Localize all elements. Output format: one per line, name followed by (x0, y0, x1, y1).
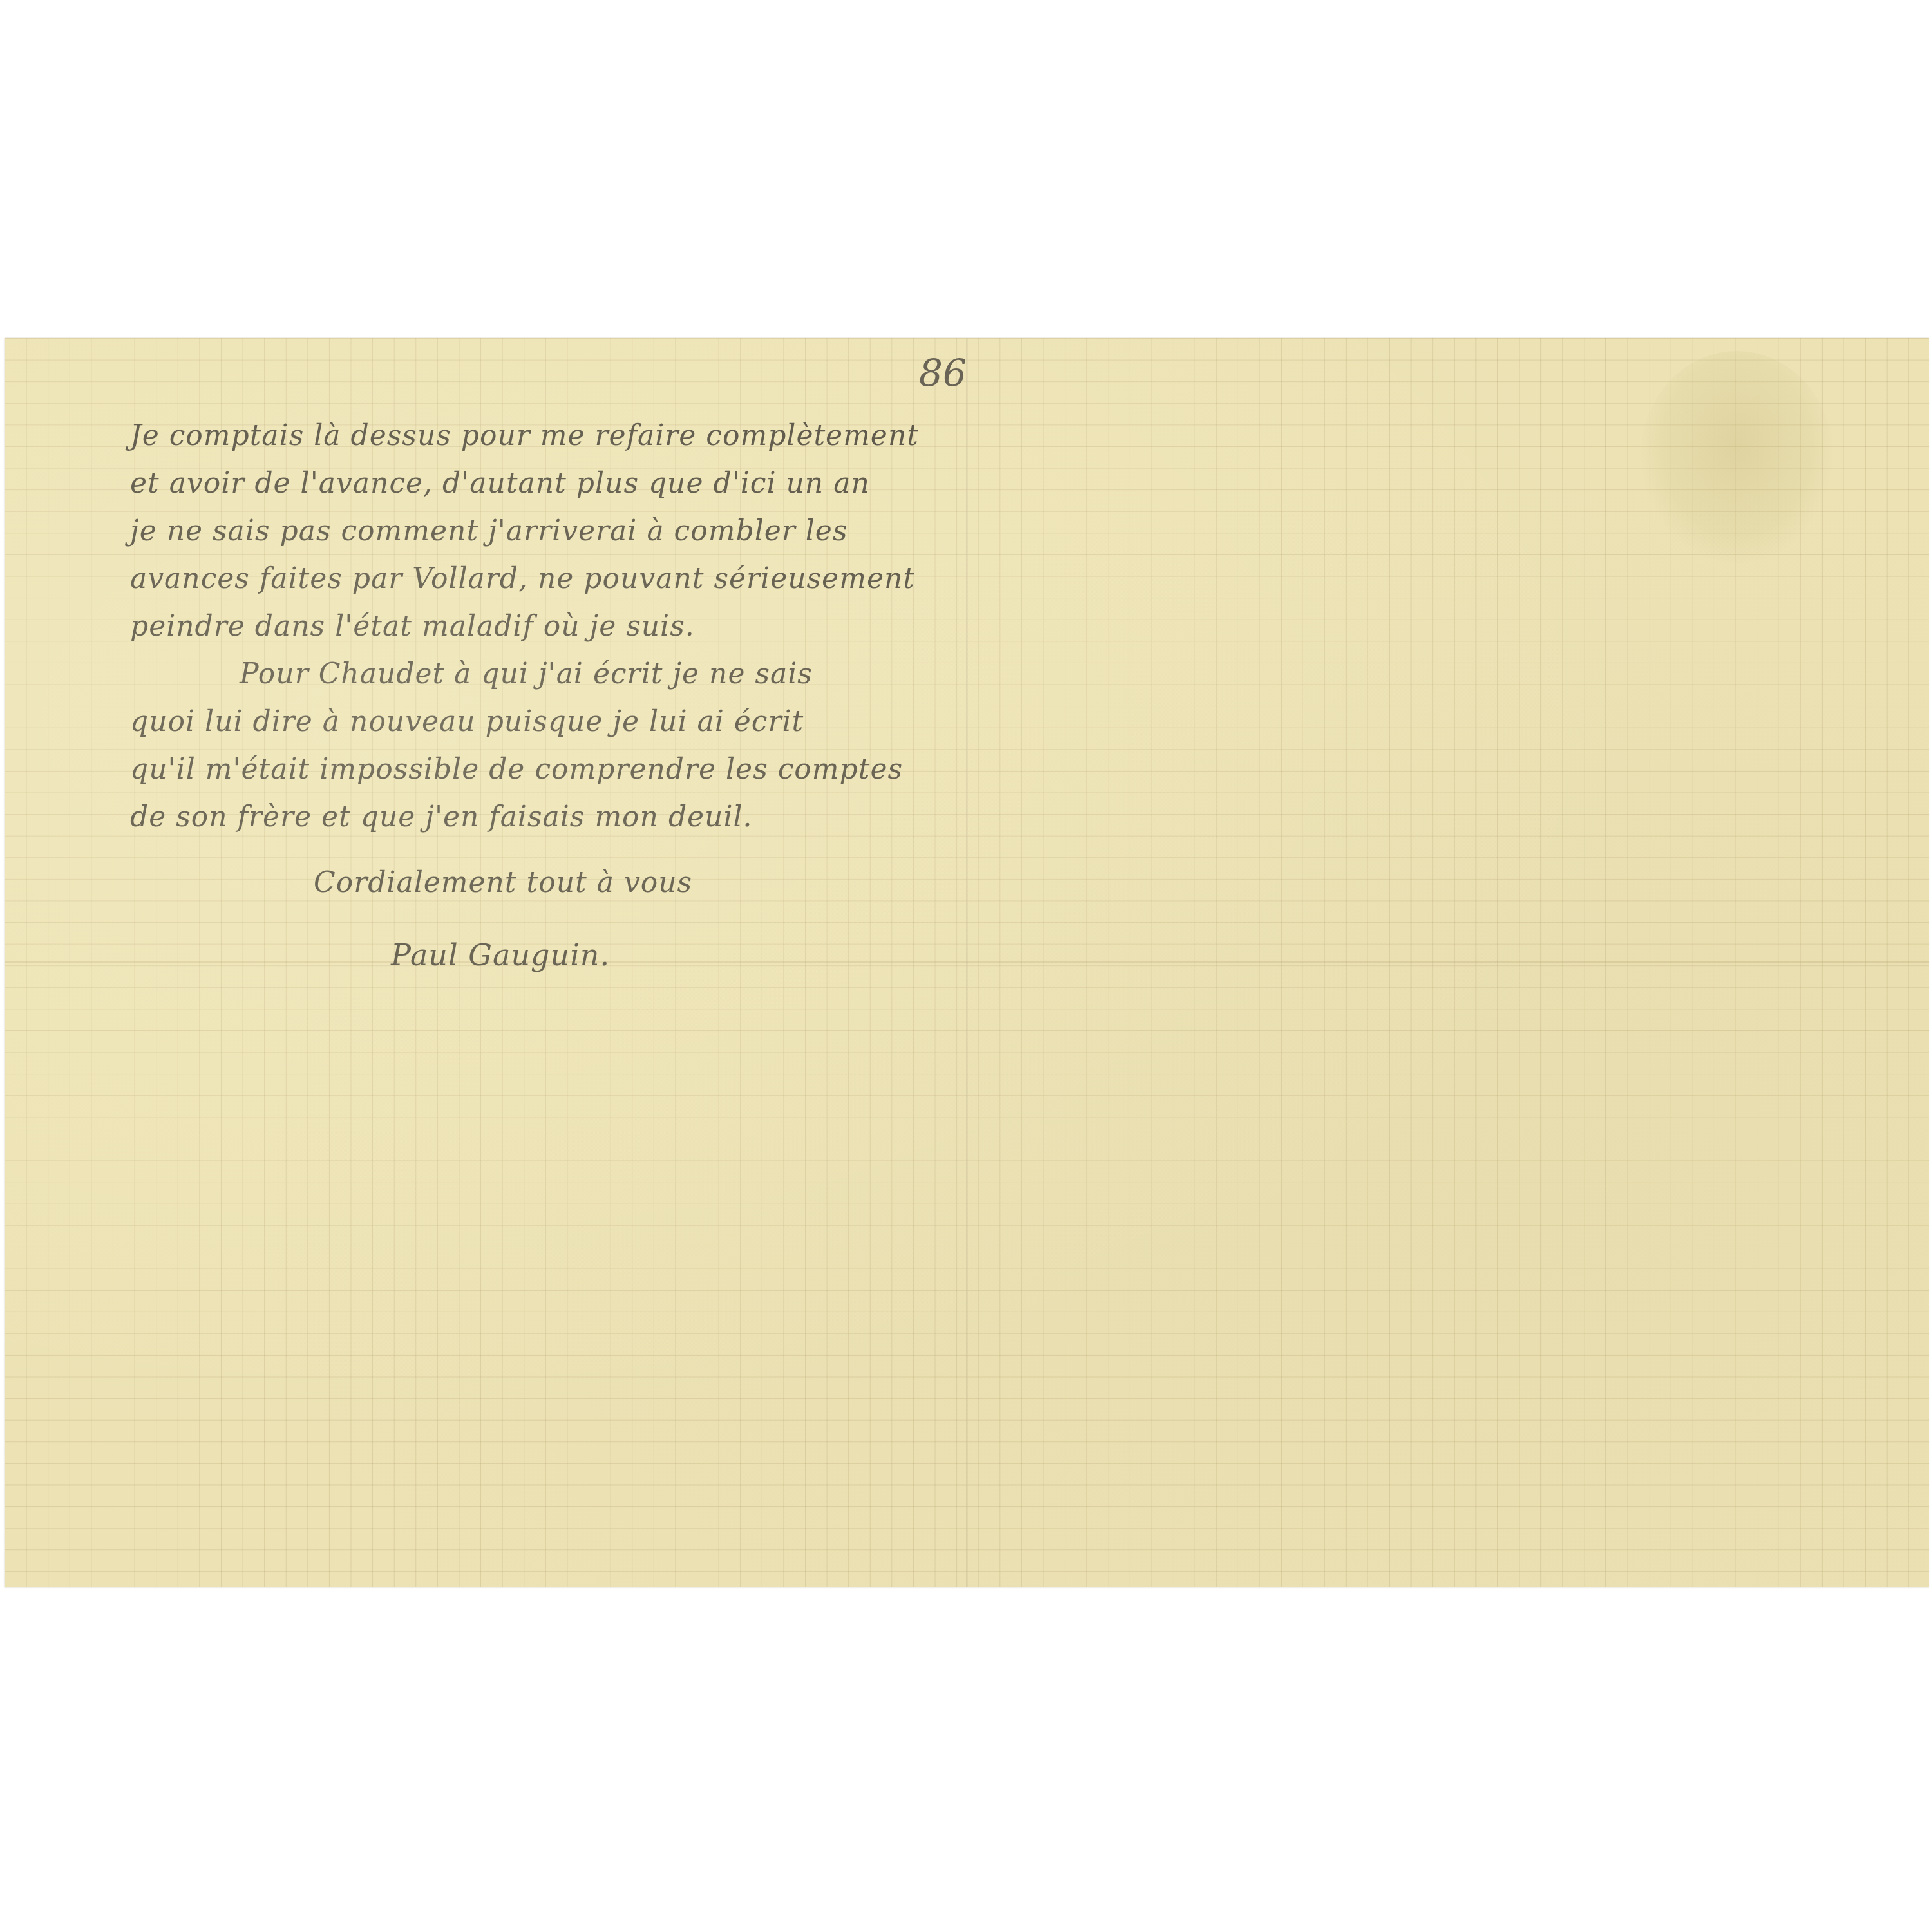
letter-line: Je comptais là dessus pour me refaire co… (130, 412, 954, 460)
letter-line: Pour Chaudet à qui j'ai écrit je ne sais (130, 650, 954, 698)
watermark-stamp-icon (1640, 351, 1833, 563)
letter-sheet: 86 Je comptais là dessus pour me refaire… (5, 338, 1929, 1587)
signature: Paul Gauguin. (130, 931, 954, 979)
letter-line: je ne sais pas comment j'arriverai à com… (130, 507, 954, 555)
letter-line: avances faites par Vollard, ne pouvant s… (130, 555, 954, 603)
letter-closing: Cordialement tout à vous (130, 859, 954, 907)
letter-line: de son frère et que j'en faisais mon deu… (130, 793, 954, 841)
letter-line: quoi lui dire à nouveau puisque je lui a… (130, 698, 954, 746)
letter-line: peindre dans l'état maladif où je suis. (130, 603, 954, 650)
letter-line: qu'il m'était impossible de comprendre l… (130, 746, 954, 793)
letter-body: Je comptais là dessus pour me refaire co… (130, 412, 954, 979)
center-fold (966, 338, 968, 1587)
page-number: 86 (919, 351, 967, 395)
letter-line: et avoir de l'avance, d'autant plus que … (130, 460, 954, 507)
